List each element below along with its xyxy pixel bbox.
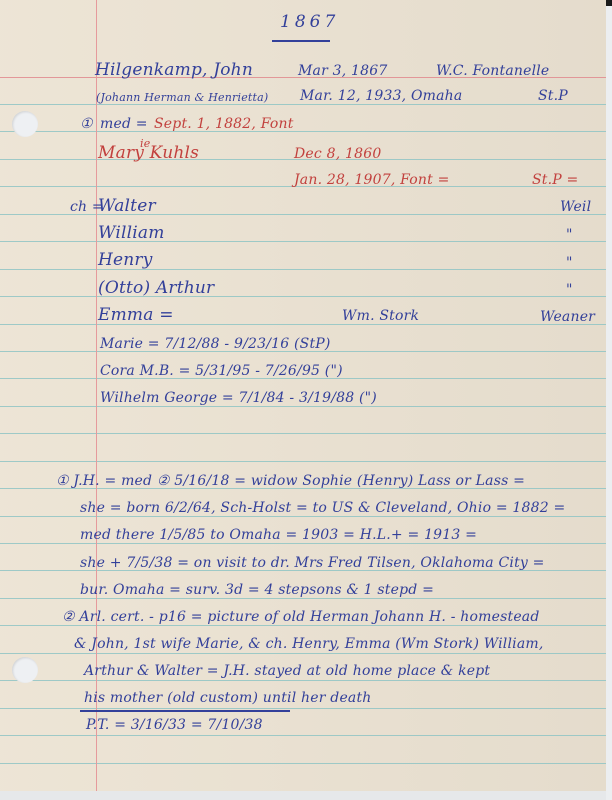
death-date-place: Mar. 12, 1933, Omaha (300, 89, 462, 103)
child-william-note: " (566, 228, 573, 242)
spouse-name: Mary Kuhls (98, 145, 199, 162)
ruled-line (0, 296, 606, 297)
note-line-5: bur. Omaha = surv. 3d = 4 stepsons & 1 s… (80, 583, 434, 597)
note-line-7: & John, 1st wife Marie, & ch. Henry, Emm… (74, 637, 544, 651)
ruled-line (0, 433, 606, 434)
spouse-death-date: Jan. 28, 1907, Font = (294, 173, 450, 187)
ruled-line (0, 406, 606, 407)
ruled-line (0, 516, 606, 517)
year-underline (272, 40, 330, 42)
marriage-1-date: Sept. 1, 1882, Font (154, 117, 294, 131)
note-line-10: P.T. = 3/16/33 = 7/10/38 (86, 718, 263, 732)
child-marie: Marie = 7/12/88 - 9/23/16 (StP) (100, 337, 331, 351)
marriage-1-marker: ① (80, 117, 93, 131)
marriage-1-label: med = (100, 117, 148, 131)
birth-place: W.C. Fontanelle (436, 64, 549, 78)
ruled-line (0, 269, 606, 270)
child-arthur: (Otto) Arthur (98, 280, 214, 297)
ruled-line (0, 735, 606, 736)
ruled-line (0, 708, 606, 709)
punch-hole-bottom (12, 657, 38, 683)
child-arthur-note: " (566, 283, 573, 297)
spouse-birth-date: Dec 8, 1860 (294, 147, 381, 161)
punch-hole-top (12, 111, 38, 137)
ruled-line (0, 598, 606, 599)
notebook-page: 1867 Hilgenkamp, John Mar 3, 1867 W.C. F… (0, 0, 606, 791)
ruled-line (0, 680, 606, 681)
spouse-burial: St.P = (532, 173, 578, 187)
ruled-line (0, 461, 606, 462)
birth-date: Mar 3, 1867 (298, 64, 387, 78)
note-line-1: ① J.H. = med ② 5/16/18 = widow Sophie (H… (56, 474, 525, 488)
child-henry-note: " (566, 256, 573, 270)
note-line-2: she = born 6/2/64, Sch-Holst = to US & C… (80, 501, 565, 515)
child-emma: Emma = (98, 307, 174, 324)
scan-corner (606, 0, 612, 6)
note-line-4: she + 7/5/38 = on visit to dr. Mrs Fred … (80, 556, 545, 570)
child-walter: Walter (98, 198, 156, 215)
child-emma-note: Weaner (540, 310, 595, 324)
child-cora: Cora M.B. = 5/31/95 - 7/26/95 (") (100, 364, 343, 378)
person-name: Hilgenkamp, John (95, 62, 253, 79)
parents-names: (Johann Herman & Henrietta) (96, 92, 268, 103)
child-william: William (98, 225, 165, 242)
note-line-3: med there 1/5/85 to Omaha = 1903 = H.L.+… (80, 528, 477, 542)
ruled-line (0, 324, 606, 325)
child-henry: Henry (98, 252, 153, 269)
child-wilhelm: Wilhelm George = 7/1/84 - 3/19/88 (") (100, 391, 377, 405)
note-line-6: ② Arl. cert. - p16 = picture of old Herm… (62, 610, 540, 624)
year-heading: 1867 (280, 14, 339, 31)
ruled-line (0, 625, 606, 626)
child-emma-spouse: Wm. Stork (342, 309, 419, 323)
ruled-line (0, 653, 606, 654)
child-walter-note: Weil (560, 200, 591, 214)
note-line-9: his mother (old custom) until her death (84, 691, 372, 705)
note-line-8: Arthur & Walter = J.H. stayed at old hom… (84, 664, 490, 678)
ruled-line (0, 543, 606, 544)
note-underline (80, 710, 290, 712)
ruled-line (0, 241, 606, 242)
scan-background-edge (606, 0, 612, 800)
burial-place: St.P (538, 89, 568, 103)
ruled-line (0, 104, 606, 105)
ruled-line (0, 763, 606, 764)
